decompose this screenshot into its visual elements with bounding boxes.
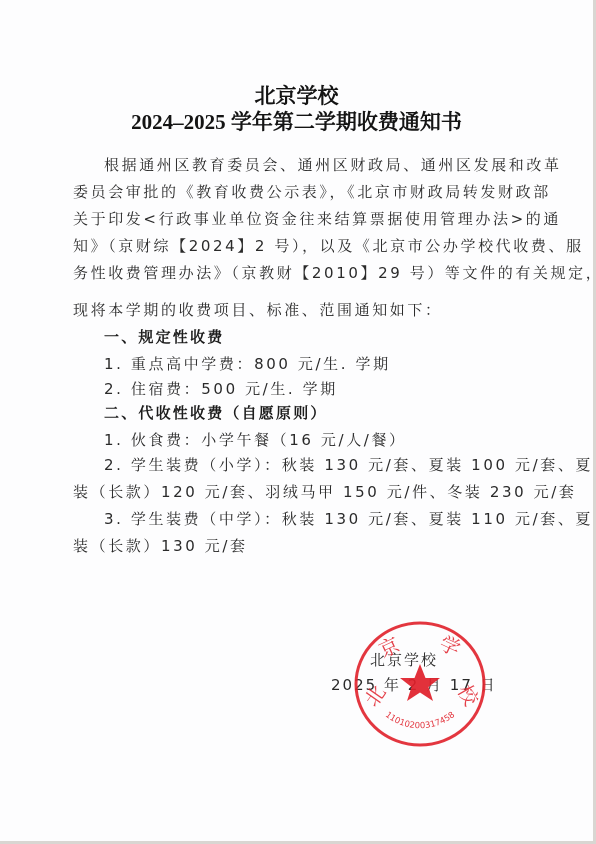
intro-line-1: 根据通州区教育委员会、通州区财政局、通州区发展和改革: [104, 155, 562, 175]
document-page: 北京学校 2024–2025 学年第二学期收费通知书 根据通州区教育委员会、通州…: [0, 0, 593, 841]
intro-line-3: 关于印发<行政事业单位资金往来结算票据使用管理办法>的通: [73, 209, 561, 229]
fee-item-meals: 1. 伙食费：小学午餐（16 元/人/餐）: [104, 430, 407, 450]
fee-item-uniform-primary-cont: 装（长款）120 元/套、羽绒马甲 150 元/件、冬装 230 元/套: [73, 482, 577, 502]
section-heading-mandatory-fees: 一、规定性收费: [104, 327, 224, 347]
fee-item-uniform-primary: 2. 学生装费（小学）：秋装 130 元/套、夏装 100 元/套、夏: [104, 455, 593, 475]
svg-text:11010200317458: 11010200317458: [383, 710, 457, 731]
document-title-school: 北京学校: [0, 83, 593, 109]
signature-date: 2025 年 2 月 17 日: [331, 675, 497, 695]
fee-item-tuition: 1. 重点高中学费：800 元/生. 学期: [104, 354, 391, 374]
intro-line-4: 知》（京财综【2024】2 号），以及《北京市公办学校代收费、服: [73, 236, 584, 256]
intro-line-5: 务性收费管理办法》（京教财【2010】29 号）等文件的有关规定，: [73, 263, 596, 283]
fee-item-uniform-secondary-cont: 装（长款）130 元/套: [73, 536, 248, 556]
svg-text:学: 学: [436, 631, 464, 661]
fee-item-uniform-secondary: 3. 学生装费（中学）：秋装 130 元/套、夏装 110 元/套、夏: [104, 509, 593, 529]
intro-line-6: 现将本学期的收费项目、标准、范围通知如下：: [73, 300, 443, 320]
section-heading-voluntary-fees: 二、代收性收费（自愿原则）: [104, 403, 328, 423]
intro-line-2: 委员会审批的《教育收费公示表》，《北京市财政局转发财政部: [73, 182, 551, 202]
signature-issuer: 北京学校: [370, 650, 438, 670]
fee-item-accommodation: 2. 住宿费：500 元/生. 学期: [104, 379, 338, 399]
document-title-notice: 2024–2025 学年第二学期收费通知书: [0, 109, 593, 135]
